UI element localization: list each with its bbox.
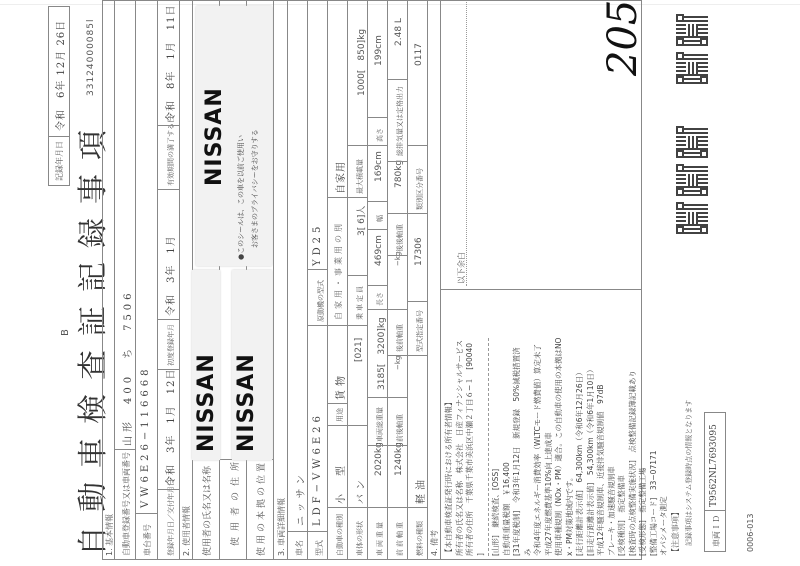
private-business-label: 自家用・事業用の別 xyxy=(333,221,344,320)
engine-label: 原動機の型式 xyxy=(316,280,326,322)
chassis-label: 車台番号 xyxy=(142,524,153,556)
remark-line: [整備工場コード] 33−07171 xyxy=(649,338,660,556)
front-axle-label: 前前軸重 xyxy=(395,520,405,556)
height-label: 高さ xyxy=(375,128,385,142)
section4-heading: 4. 備考 xyxy=(429,530,440,556)
private-business-value: 自家用 xyxy=(332,161,347,194)
remark-line: x・PM対策地域内です。 xyxy=(565,338,576,556)
length-value: 469cm xyxy=(374,235,384,266)
front-rear-axle-label: 前後軸重 xyxy=(395,414,405,442)
remark-line: [走行距離計表示値] 64,300km（令和6年12月26日） xyxy=(575,338,586,556)
remark-line: 自動車重量税額 ￥16,400 xyxy=(502,338,513,556)
use-label: 用途 xyxy=(335,408,345,422)
body-label: 車体の形状 xyxy=(355,521,365,556)
engine-value: YD25 xyxy=(312,223,323,266)
blank-divider xyxy=(466,2,467,286)
section3-heading: 3. 車両詳細情報 xyxy=(276,498,287,556)
registration-label: 自動車登録番号又は車両番号 xyxy=(121,452,132,556)
serial-number: 33124000085l xyxy=(86,19,96,97)
remark-line: ] xyxy=(476,338,487,556)
body-code: [021] xyxy=(354,338,364,362)
vehicle-type-label: 自動車の種別 xyxy=(335,514,345,556)
nissan-logo: NISSAN xyxy=(194,353,219,452)
category-value: 0117 xyxy=(414,43,424,66)
remark-line: 令和4年度エネルギー消費効率（WLTCモード燃費値）算定未了 xyxy=(533,338,544,556)
remark-line: 使用車種規制（NOx・PM）適合。この自動車の使用の本拠はNO xyxy=(554,338,565,556)
qr-code-icon xyxy=(676,14,708,46)
make-label: 車名 xyxy=(294,540,305,556)
front-axle-value: 1240kg xyxy=(394,442,404,476)
use-value: 貨物 xyxy=(332,372,347,400)
rear-front-axle-value: −kg xyxy=(394,252,402,266)
qr-code-icon xyxy=(676,52,708,84)
notice-heading: 【注意事項】 xyxy=(670,508,681,556)
remark-line: [受検種別] 指定整備車 xyxy=(617,338,628,556)
form-code: 0006-013 xyxy=(746,513,755,552)
remark-line: [検査時の点検整備実施状況] 点検整備記録簿記載あり xyxy=(628,338,639,556)
reg-date-label: 登録年月日／交付年月日 xyxy=(166,479,176,556)
remark-line: 所有者の住所 千葉県千葉市美浜区中瀬２丁目６−１ [90040 xyxy=(465,338,476,556)
fuel-value: 軽油 xyxy=(412,476,427,504)
front-rear-axle-value: −kg xyxy=(394,356,402,370)
expiry-label: 有効期間の満了する日 xyxy=(166,116,176,186)
remark-line: み xyxy=(523,338,534,556)
record-date-label: 記録年月日 xyxy=(54,141,65,181)
user-name-label: 使用者の氏名又は名称 xyxy=(200,466,213,556)
remarks-list: 【本自動車検査証発行時における所有者情報】 所有者の氏名又は名称 株式会社 日産… xyxy=(444,338,670,556)
sticker-text-2: お客さまのプライバシーをお守りする xyxy=(250,129,260,248)
remark-line: [31年度税制] 令和3年1月12日 新規登録 50%減税措置済 xyxy=(512,338,523,556)
first-reg-label: 初度登録年月 xyxy=(166,324,176,366)
model-label: 型式 xyxy=(314,540,325,556)
width-label: 幅 xyxy=(375,215,385,222)
record-date-value: 令和 6年 12月 26日 xyxy=(52,20,67,131)
qr-code-icon xyxy=(676,164,708,196)
vehicle-id-box: 車両ＩＤ T9562NL7693095 xyxy=(704,412,726,552)
remark-line: [山形] 継続検査、[OSS] xyxy=(488,338,502,556)
vehicle-id-value: T9562NL7693095 xyxy=(709,424,719,507)
user-address-label: 使用者の住所 xyxy=(228,456,241,546)
remark-line: 所有者の氏名又は名称 株式会社 日産フィナンシャルサービス xyxy=(455,338,466,556)
chassis-value: VW6E26−116668 xyxy=(140,366,151,508)
capacity-value: 3[ 6]人 xyxy=(354,206,367,236)
weight-label: 車両重量 xyxy=(375,520,385,556)
nissan-logo: NISSAN xyxy=(202,87,227,186)
base-location-label: 使用の本拠の位置 xyxy=(254,460,267,556)
qr-code-icon xyxy=(676,202,708,234)
type-designation-value: 17306 xyxy=(414,237,424,266)
privacy-sticker-2: NISSAN xyxy=(232,270,272,460)
max-load-value: 1000[ 850]kg xyxy=(354,29,367,96)
body-value: バン xyxy=(352,476,367,504)
handwritten-number: 205 xyxy=(600,0,646,76)
remark-line: [旧走行距離計表示値] 54,300km（令和6年1月10日） xyxy=(586,338,597,556)
length-label: 長さ xyxy=(375,292,385,306)
qr-code-icon xyxy=(676,126,708,158)
privacy-sticker-3: NISSAN ●このシールは、この車を以前ご使用い お客さまのプライバシーをお守… xyxy=(196,6,272,266)
remark-line: 【本自動車検査証発行時における所有者情報】 xyxy=(444,338,455,556)
displacement-label: 総排気量又は定格出力 xyxy=(395,86,405,156)
rear-front-axle-label: 後前軸重 xyxy=(395,324,405,352)
first-reg-value: 令和 3年 1月 xyxy=(162,235,177,316)
capacity-label: 乗車定員 xyxy=(355,284,365,320)
notice-text: 記録事項はシステム登録時点の情報となります xyxy=(684,400,694,546)
remark-line: ブレーキ・加速騒音規制車 xyxy=(607,338,618,556)
remark-line: 平成12年騒音規制車、近接排気騒音規制値 97dB xyxy=(596,338,607,556)
gross-weight-value: 3185[ 3200]kg xyxy=(374,317,387,390)
vehicle-id-label: 車両ＩＤ xyxy=(711,515,722,547)
model-value: LDF−VW6E26 xyxy=(312,412,323,526)
registration-value: 山形 400 ち 7506 xyxy=(119,289,134,446)
nissan-logo: NISSAN xyxy=(234,353,259,452)
sticker-text-1: ●このシールは、この車を以前ご使用い xyxy=(236,135,246,260)
vehicle-type-value: 小 型 xyxy=(332,462,347,504)
rear-rear-axle-label: 後後軸重 xyxy=(395,224,405,252)
reg-date-value: 令和 3年 1月 12日 xyxy=(162,369,177,486)
record-date-box: 記録年月日 令和 6年 12月 26日 xyxy=(48,6,70,186)
max-load-label: 最大積載量 xyxy=(355,159,365,194)
remark-line: 平成27年度燃費基準10%向上達成車 xyxy=(544,338,555,556)
rear-rear-axle-value: 780kg xyxy=(394,160,404,188)
privacy-sticker-1: NISSAN xyxy=(192,270,220,460)
category-label: 類別区分番号 xyxy=(415,168,425,210)
section2-heading: 2. 使用者情報 xyxy=(181,506,192,556)
inspection-record-sheet: 記録年月日 令和 6年 12月 26日 33124000085l B 自動車検査… xyxy=(0,0,800,566)
remark-line: [受検形態] 指定整備工場 xyxy=(638,338,649,556)
fuel-label: 燃料の種類 xyxy=(415,521,425,556)
displacement-value: 2.48 L xyxy=(394,18,404,46)
height-value: 199cm xyxy=(374,35,384,66)
type-designation-label: 型式指定番号 xyxy=(415,310,425,352)
make-value: ニッサン xyxy=(292,471,307,526)
expiry-value: 令和 8年 1月 11日 xyxy=(162,5,177,122)
width-value: 169cm xyxy=(374,151,384,182)
gross-weight-label: 車両総重量 xyxy=(375,407,385,442)
weight-value: 2020kg xyxy=(374,442,384,476)
remark-line: オパシメータ測定 xyxy=(659,338,670,556)
